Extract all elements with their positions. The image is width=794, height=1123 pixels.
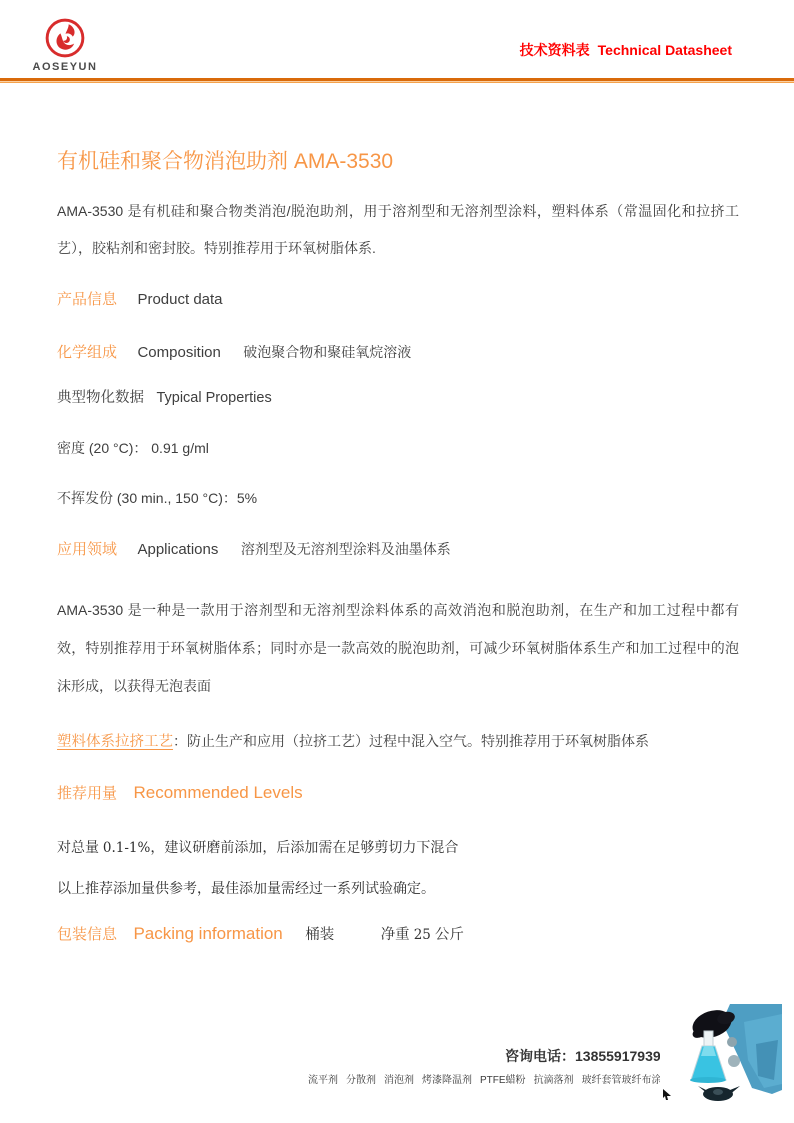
cursor-arrow-icon [663, 1089, 671, 1100]
dosage-amount: 0.1-1% [103, 840, 150, 856]
section-composition-zh: 化学组成 [57, 344, 117, 361]
net-weight-value: 25 [414, 927, 431, 943]
composition-value: 破泡聚合物和聚硅氧烷溶液 [243, 344, 411, 360]
intro-paragraph: AMA-3530 是有机硅和聚合物类消泡/脱泡助剂，用于溶剂型和无溶剂型涂料，塑… [57, 193, 739, 267]
recommended-levels-zh: 推荐用量 [57, 785, 117, 802]
datasheet-page: AOSEYUN 技术资料表Technical Datasheet 有机硅和聚合物… [0, 0, 794, 1123]
doc-type-label: 技术资料表Technical Datasheet [520, 40, 732, 60]
applications-value: 溶剂型及无溶剂型涂料及油墨体系 [241, 541, 451, 557]
packing-en: Packing information [133, 924, 282, 943]
dosage-prefix: 对总量 [57, 839, 103, 855]
flask-photo [660, 1004, 782, 1104]
page-header: AOSEYUN 技术资料表Technical Datasheet [0, 0, 794, 78]
section-applications-en: Applications [137, 541, 218, 558]
section-product-info-en: Product data [137, 291, 222, 308]
dosage-suffix: ，建议研磨前添加，后添加需在足够剪切力下混合 [150, 839, 458, 855]
footer-product-item: 流平剂 [308, 1071, 338, 1086]
typical-properties-zh: 典型物化数据 [57, 390, 144, 406]
footer-product-item: 抗滴落剂 [534, 1071, 574, 1086]
dosage-note-line: 以上推荐添加量供参考，最佳添加量需经过一系列试验确定。 [57, 878, 739, 899]
footer-product-item: 烤漆降温剂 [422, 1071, 472, 1086]
dosage-line: 对总量 0.1-1%，建议研磨前添加，后添加需在足够剪切力下混合 [57, 837, 739, 859]
non-volatile-line: 不挥发份 (30 min., 150 °C)：5% [57, 488, 739, 509]
doc-type-label-zh: 技术资料表 [520, 42, 590, 58]
section-applications: 应用领域 Applications 溶剂型及无溶剂型涂料及油墨体系 [57, 539, 739, 560]
header-divider [0, 78, 794, 83]
packing-container-type: 桶装 [305, 927, 334, 943]
phone-label: 咨询电话： [505, 1048, 575, 1064]
section-recommended-levels: 推荐用量 Recommended Levels [57, 782, 739, 804]
section-product-info-zh: 产品信息 [57, 291, 117, 308]
section-applications-zh: 应用领域 [57, 541, 117, 558]
section-composition-en: Composition [137, 344, 220, 361]
typical-properties-en: Typical Properties [156, 390, 271, 406]
section-product-info: 产品信息 Product data [57, 289, 739, 310]
extrusion-line: 塑料体系拉挤工艺：防止生产和应用（拉挤工艺）过程中混入空气。特别推荐用于环氧树脂… [57, 731, 739, 753]
footer-product-item: 消泡剂 [384, 1071, 414, 1086]
description-paragraph: AMA-3530 是一种是一款用于溶剂型和无溶剂型涂料体系的高效消泡和脱泡助剂，… [57, 591, 739, 705]
net-weight-label: 净重 [381, 927, 414, 943]
company-logo: AOSEYUN [30, 16, 100, 73]
phone-number: 13855917939 [575, 1048, 661, 1064]
recommended-levels-en: Recommended Levels [133, 783, 302, 802]
footer-product-list: 流平剂分散剂消泡剂烤漆降温剂PTFE蜡粉抗滴落剂玻纤套管玻纤布涂层水性树脂 [308, 1071, 668, 1086]
extrusion-label: 塑料体系拉挤工艺 [57, 734, 173, 750]
section-packing: 包装信息 Packing information 桶装 净重 25 公斤 [57, 923, 739, 946]
footer-product-item: PTFE蜡粉 [480, 1071, 526, 1086]
logo-text: AOSEYUN [30, 61, 100, 73]
packing-net-weight: 净重 25 公斤 [381, 927, 464, 943]
net-weight-unit: 公斤 [431, 927, 464, 943]
section-composition: 化学组成 Composition 破泡聚合物和聚硅氧烷溶液 [57, 342, 739, 363]
product-title: 有机硅和聚合物消泡助剂 AMA-3530 [57, 148, 739, 176]
section-typical-properties: 典型物化数据 Typical Properties [57, 387, 739, 409]
doc-type-label-en: Technical Datasheet [598, 42, 732, 58]
footer-product-item: 分散剂 [346, 1071, 376, 1086]
footer-phone: 咨询电话：13855917939 [505, 1046, 661, 1066]
footer-product-item: 玻纤套管玻纤布涂层 [582, 1071, 672, 1086]
datasheet-content: 有机硅和聚合物消泡助剂 AMA-3530 AMA-3530 是有机硅和聚合物类消… [57, 148, 739, 946]
packing-zh: 包装信息 [57, 926, 117, 943]
logo-swirl-icon [43, 16, 87, 60]
density-line: 密度 (20 °C)： 0.91 g/ml [57, 438, 739, 459]
extrusion-text: ：防止生产和应用（拉挤工艺）过程中混入空气。特别推荐用于环氧树脂体系 [173, 733, 649, 749]
